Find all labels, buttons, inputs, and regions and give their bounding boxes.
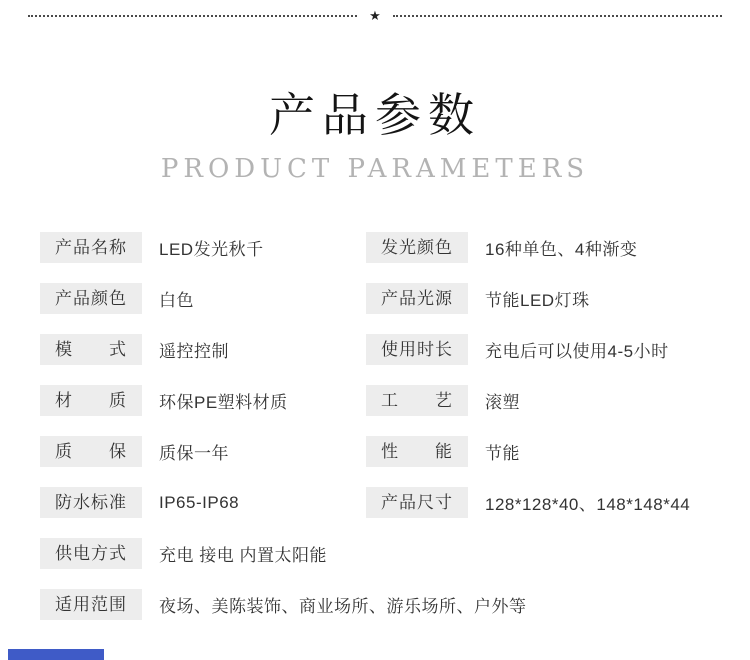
- spec-label: 模 式: [40, 334, 142, 365]
- spec-value: 夜场、美陈装饰、商业场所、游乐场所、户外等: [159, 592, 527, 617]
- page-subtitle: PRODUCT PARAMETERS: [0, 154, 750, 184]
- spec-label: 供电方式: [40, 538, 142, 569]
- spec-value: 滚塑: [485, 388, 520, 413]
- spec-label: 工 艺: [366, 385, 468, 416]
- spec-value: 128*128*40、148*148*44: [485, 490, 690, 515]
- spec-label: 使用时长: [366, 334, 468, 365]
- spec-row-waterproof-rating: 防水标准 IP65-IP68: [40, 487, 366, 518]
- spec-label: 适用范围: [40, 589, 142, 620]
- spec-label: 产品光源: [366, 283, 468, 314]
- spec-value: 白色: [159, 286, 194, 311]
- spec-label: 防水标准: [40, 487, 142, 518]
- spec-value: 充电 接电 内置太阳能: [159, 541, 327, 566]
- spec-row-performance: 性 能 节能: [366, 436, 724, 467]
- spec-value: IP65-IP68: [159, 493, 239, 513]
- spec-label: 材 质: [40, 385, 142, 416]
- spec-value: 节能LED灯珠: [485, 286, 590, 311]
- spec-row-product-color: 产品颜色 白色: [40, 283, 366, 314]
- spec-table: 产品名称 LED发光秋千 发光颜色 16种单色、4种渐变 产品颜色 白色 产品光…: [40, 232, 724, 620]
- divider-line-left: [28, 15, 357, 17]
- spec-row-product-name: 产品名称 LED发光秋千: [40, 232, 366, 263]
- spec-row-craft: 工 艺 滚塑: [366, 385, 724, 416]
- divider-line-right: [393, 15, 722, 17]
- spec-label: 发光颜色: [366, 232, 468, 263]
- spec-row-power-supply: 供电方式 充电 接电 内置太阳能: [40, 538, 724, 569]
- star-icon: ★: [369, 9, 381, 22]
- spec-label: 产品颜色: [40, 283, 142, 314]
- page-title: 产品参数: [0, 79, 750, 145]
- spec-row-light-source: 产品光源 节能LED灯珠: [366, 283, 724, 314]
- spec-value: 16种单色、4种渐变: [485, 235, 637, 260]
- spec-value: 环保PE塑料材质: [159, 388, 288, 413]
- spec-value: 质保一年: [159, 439, 229, 464]
- next-section-peek-bar: [8, 649, 104, 660]
- section-header: 产品参数 PRODUCT PARAMETERS: [0, 79, 750, 184]
- top-divider: ★: [28, 9, 722, 23]
- spec-row-material: 材 质 环保PE塑料材质: [40, 385, 366, 416]
- spec-row-usage-duration: 使用时长 充电后可以使用4-5小时: [366, 334, 724, 365]
- spec-row-mode: 模 式 遥控控制: [40, 334, 366, 365]
- spec-value: LED发光秋千: [159, 235, 264, 260]
- spec-label: 产品名称: [40, 232, 142, 263]
- spec-row-application-range: 适用范围 夜场、美陈装饰、商业场所、游乐场所、户外等: [40, 589, 724, 620]
- spec-row-glow-color: 发光颜色 16种单色、4种渐变: [366, 232, 724, 263]
- spec-label: 产品尺寸: [366, 487, 468, 518]
- spec-label: 质 保: [40, 436, 142, 467]
- spec-row-product-size: 产品尺寸 128*128*40、148*148*44: [366, 487, 724, 518]
- spec-value: 节能: [485, 439, 520, 464]
- spec-value: 充电后可以使用4-5小时: [485, 337, 669, 362]
- spec-value: 遥控控制: [159, 337, 229, 362]
- spec-row-warranty: 质 保 质保一年: [40, 436, 366, 467]
- spec-label: 性 能: [366, 436, 468, 467]
